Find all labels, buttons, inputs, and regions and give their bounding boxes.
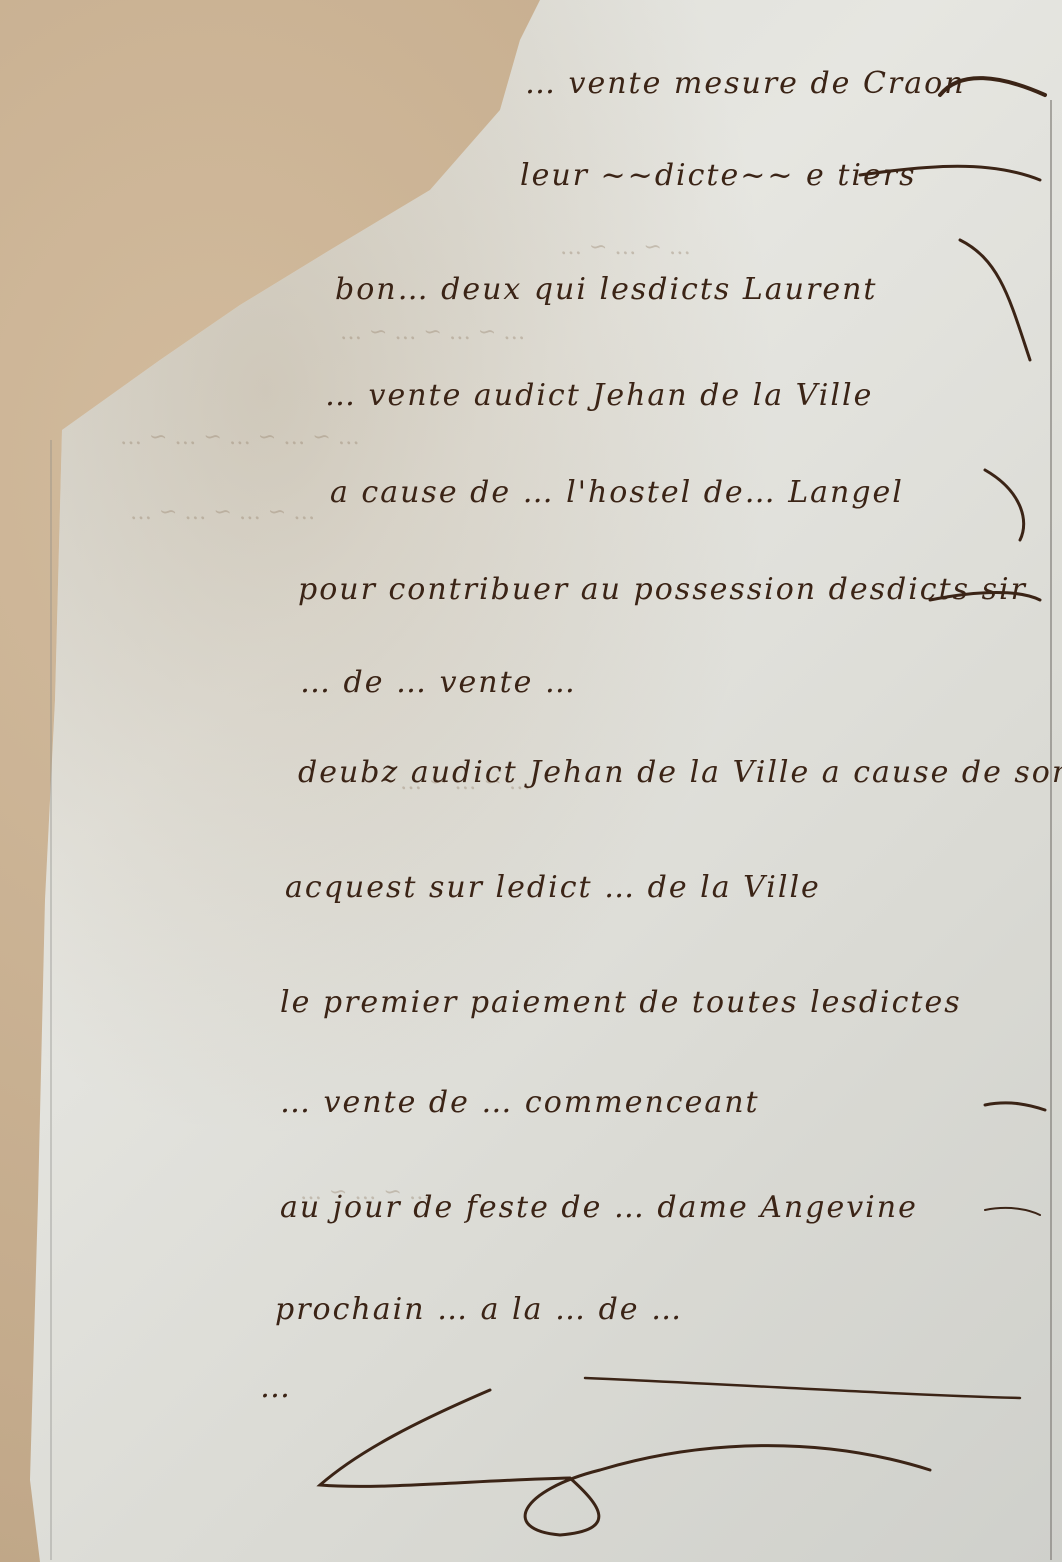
manuscript-line-7: … de … vente … <box>300 665 577 700</box>
manuscript-line-8: deubz audict Jehan de la Ville a cause d… <box>298 755 1062 790</box>
bleed-through-text: … ~ … ~ … ~ … <box>340 320 525 345</box>
torn-left-edge <box>50 440 52 1560</box>
bleed-through-text: … ~ … ~ … ~ … ~ … <box>120 425 360 450</box>
page-gutter <box>1050 100 1052 1560</box>
manuscript-line-11: … vente de … commenceant <box>280 1085 760 1120</box>
bleed-through-text: … ~ … ~ … <box>560 235 691 260</box>
manuscript-line-2: leur ~~dicte~~ e tiers <box>520 158 916 193</box>
manuscript-line-12: au jour de feste de … dame Angevine <box>280 1190 918 1225</box>
manuscript-line-13: prochain … a la … de … <box>275 1292 683 1327</box>
manuscript-line-4: … vente audict Jehan de la Ville <box>325 378 873 413</box>
manuscript-line-14: … <box>260 1370 292 1405</box>
manuscript-line-10: le premier paiement de toutes lesdictes <box>280 985 962 1020</box>
bleed-through-text: … ~ … ~ … ~ … <box>130 500 315 525</box>
manuscript-line-3: bon… deux qui lesdicts Laurent <box>335 272 877 307</box>
manuscript-line-6: pour contribuer au possession desdicts s… <box>298 572 1027 607</box>
manuscript-line-5: a cause de … l'hostel de… Langel <box>330 475 904 510</box>
manuscript-line-1: … vente mesure de Craon <box>525 66 966 101</box>
manuscript-line-9: acquest sur ledict … de la Ville <box>285 870 821 905</box>
